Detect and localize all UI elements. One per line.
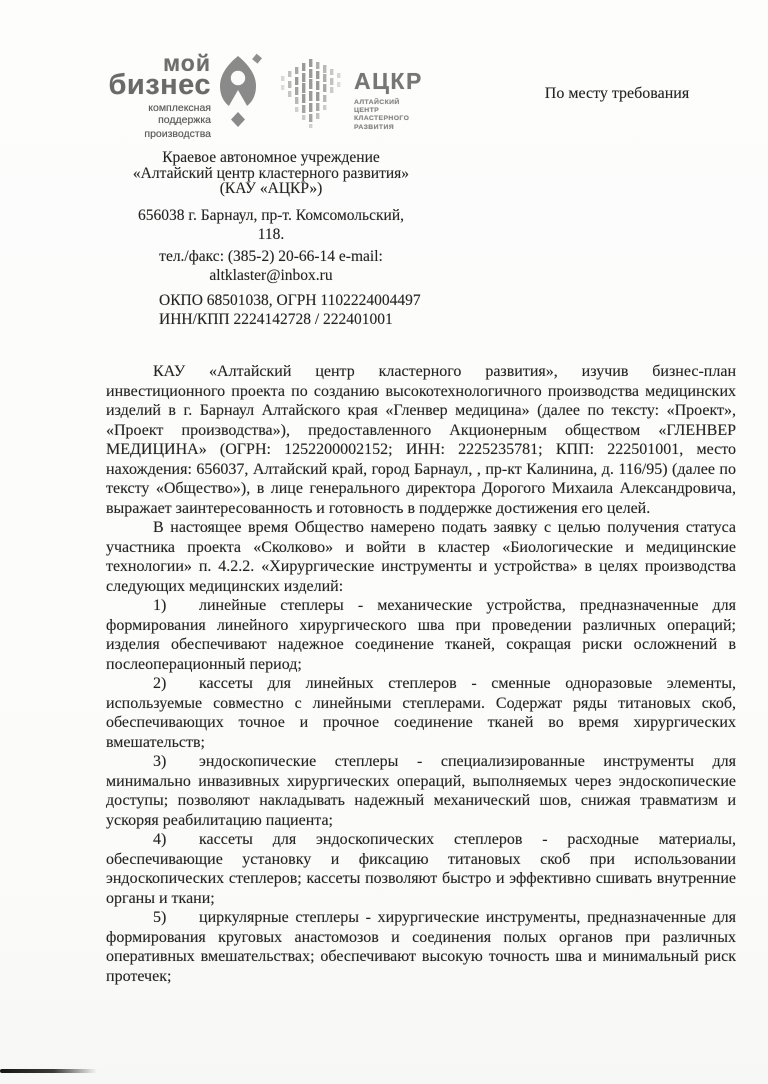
paragraph-intro: КАУ «Алтайский центр кластерного развити… [106,362,736,518]
list-item-2-number: 2) [153,674,199,694]
list-item-5: 5)циркулярные степлеры - хирургические и… [106,908,736,986]
ackr-sub-line-3: КЛАСТЕРНОГО [354,115,423,123]
list-item-4-text: кассеты для эндоскопических степлеров - … [106,831,736,907]
list-item-3-text: эндоскопические степлеры - специализиров… [106,753,736,829]
moy-biznes-tagline-2: производства [95,129,211,141]
recipient-line: По месту требования [517,85,717,103]
ackr-abbreviation: АЦКР [354,70,423,93]
ackr-wordmark: АЦКР АЛТАЙСКИЙ ЦЕНТР КЛАСТЕРНОГО РАЗВИТИ… [354,70,423,132]
sender-inn-kpp-line: ИНН/КПП 2224142728 / 222401001 [159,310,439,330]
list-item-2: 2)кассеты для линейных степлеров - сменн… [106,674,736,752]
ackr-sub-line-4: РАЗВИТИЯ [354,124,423,132]
moy-biznes-wordmark: мой бизнес комплексная поддержка произво… [95,52,211,141]
list-item-4-number: 4) [153,830,199,850]
list-item-1-number: 1) [153,596,199,616]
list-item-3: 3)эндоскопические степлеры - специализир… [106,752,736,830]
cluster-dots-icon [276,58,346,128]
list-item-5-number: 5) [153,908,199,928]
moy-biznes-tagline-1: комплексная поддержка [95,103,211,126]
scan-artifact-line [0,1069,97,1073]
sender-org-line-3: (КАУ «АЦКР») [103,181,439,197]
scanned-letter-page: мой бизнес комплексная поддержка произво… [0,0,768,1084]
rocket-pin-icon [217,53,263,127]
list-item-3-number: 3) [153,752,199,772]
ackr-logo: АЦКР АЛТАЙСКИЙ ЦЕНТР КЛАСТЕРНОГО РАЗВИТИ… [276,58,423,132]
list-item-5-text: циркулярные степлеры - хирургические инс… [106,909,736,985]
list-item-1-text: линейные степлеры - механические устройс… [106,597,736,673]
moy-biznes-word-biznes: бизнес [95,71,211,100]
sender-email: altklaster@inbox.ru [103,266,439,286]
list-item-2-text: кассеты для линейных степлеров - сменные… [106,675,736,751]
ackr-sub-line-1: АЛТАЙСКИЙ [354,99,423,107]
sender-postal-line-2: 118. [103,225,439,245]
sender-org-line-2: «Алтайский центр кластерного развития» [103,166,439,182]
letter-body: КАУ «Алтайский центр кластерного развити… [106,362,736,986]
list-item-1: 1)линейные степлеры - механические устро… [106,596,736,674]
list-item-4: 4)кассеты для эндоскопических степлеров … [106,830,736,908]
sender-phone-line: тел./факс: (385-2) 20-66-14 e-mail: [103,247,439,267]
sender-postal-line-1: 656038 г. Барнаул, пр-т. Комсомольский, [103,206,439,226]
sender-org-line-1: Краевое автономное учреждение [103,150,439,166]
moy-biznes-logo: мой бизнес комплексная поддержка произво… [95,52,263,141]
sender-address-block: Краевое автономное учреждение «Алтайский… [103,150,439,330]
sender-okpo-ogrn-line: ОКПО 68501038, ОГРН 1102224004497 [159,291,439,311]
paragraph-skolkovo: В настоящее время Общество намерено пода… [106,518,736,596]
